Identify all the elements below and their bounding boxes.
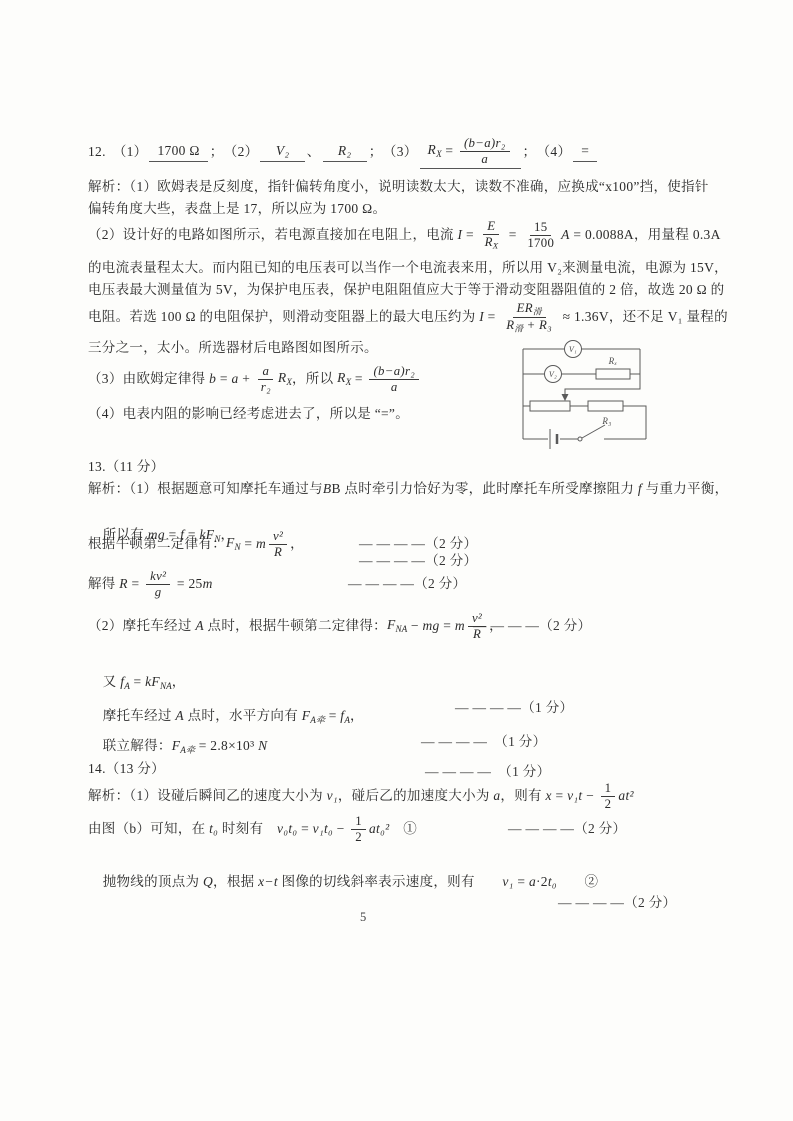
q13-step-line: （2）摩托车经过 A 点时，根据牛顿第二定律得：FNA − mg = mv²R，… — [88, 605, 728, 647]
q12-part2-formula-line: 电阻。若选 100 Ω 的电阻保护，则滑动变阻器上的最大电压约为 I = ER滑… — [88, 295, 728, 339]
formula-text: 由图（b）可知，在 t₀ 时刻有 v₀t₀ = v₁t₀ − 12at₀² ① — [88, 814, 417, 845]
formula-text: 抛物线的顶点为 Q，根据 x−t 图像的切线斜率表示速度，则有 v₁ = a·2… — [103, 874, 599, 889]
voltmeter-v2-label: V₂ — [549, 370, 557, 379]
formula-text: （2）摩托车经过 A 点时，根据牛顿第二定律得：FNA − mg = mv²R， — [88, 611, 503, 642]
exam-solution-page: 12. （1）1700 Ω； （2） V₂ 、 R₂ ； （3）RX = (b−… — [0, 0, 793, 1121]
resistor-r3 — [588, 401, 623, 411]
dash-score: — — — —（2 分） — [348, 576, 466, 592]
q12-analysis-text: 解析：（1）欧姆表是反刻度，指针偏转角度小，说明读数太大，读数不准确，应换成“x… — [88, 176, 728, 197]
q13-step-line: 根据牛顿第二定律有：FN = mv²R， — — — —（2 分） — [88, 523, 728, 565]
resistor-rx — [596, 369, 630, 379]
page-number: 5 — [360, 910, 367, 925]
formula-text: 根据牛顿第二定律有：FN = mv²R， — [88, 529, 304, 560]
dash-score: — — — —（2 分） — [359, 536, 477, 552]
rheostat — [530, 401, 570, 411]
q14-step-line: 抛物线的顶点为 Q，根据 x−t 图像的切线斜率表示速度，则有 v₁ = a·2… — [88, 850, 728, 934]
dash-score: — — — —（2 分） — [508, 821, 626, 837]
q13-analysis-text: 解析：（1）根据题意可知摩托车通过与BB 点时牵引力恰好为零，此时摩托车所受摩擦… — [88, 478, 728, 499]
q12-part2-text: 的电流表量程太大。而内阻已知的电压表可以当作一个电流表来用，所以用 V₂来测量电… — [88, 257, 728, 278]
circuit-diagram: V₁ V₂ Rₓ R₃ — [508, 334, 658, 458]
voltmeter-v1-label: V₁ — [569, 345, 577, 354]
formula-text: 联立解得：FA牵 = 2.8×10³ N — [103, 738, 268, 753]
q13-step-line: 解得 R = kv²g = 25m — — — —（2 分） — [88, 563, 728, 605]
formula-text: 解得 R = kv²g = 25m — [88, 569, 213, 600]
dash-score: — — — —（2 分） — [558, 892, 676, 913]
resistor-r3-label: R₃ — [601, 416, 611, 426]
switch-blade — [582, 425, 605, 438]
q13-header: 13.（11 分） — [88, 456, 728, 477]
dash-score: — — — —（2 分） — [473, 618, 591, 634]
rheostat-arrow-icon — [562, 394, 569, 401]
switch-pivot — [578, 437, 582, 441]
q12-part2-formula-line: （2）设计好的电路如图所示，若电源直接加在电阻上，电流 I = ERX = 15… — [88, 213, 728, 257]
q14-step-line: 由图（b）可知，在 t₀ 时刻有 v₀t₀ = v₁t₀ − 12at₀² ① … — [88, 808, 728, 850]
q12-answer-line: 12. （1）1700 Ω； （2） V₂ 、 R₂ ； （3）RX = (b−… — [88, 131, 728, 173]
resistor-rx-label: Rₓ — [608, 356, 618, 366]
